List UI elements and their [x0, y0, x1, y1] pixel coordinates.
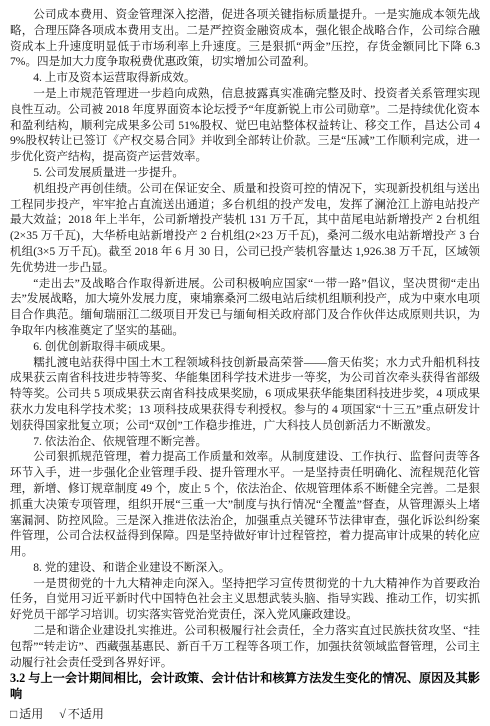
- paragraph-going-global: “走出去”及战略合作取得新进展。公司积极响应国家“一带一路”倡议，坚决贯彻“走出…: [10, 276, 480, 339]
- section-3-2: 3.2 与上一会计期间相比，会计政策、会计估计和核算方法发生变化的情况、原因及其…: [10, 670, 480, 725]
- option-applicable-label: 适用: [19, 707, 43, 721]
- item-7-heading: 7. 依法治企、依规管理不断完善。: [10, 434, 480, 450]
- option-not-applicable-label: 不适用: [68, 707, 104, 721]
- checkmark-icon: √: [59, 707, 66, 723]
- paragraph-innovation-awards: 糯扎渡电站获得中国土木工程领域科技创新最高荣誉——詹天佑奖；水力式升船机科技成果…: [10, 355, 480, 434]
- checkbox-unchecked-icon: □: [10, 707, 17, 723]
- paragraph-listing-capital: 一是上市规范管理进一步趋向成熟，信息披露真实准确完整及时、投资者关系管理实现良性…: [10, 86, 480, 165]
- paragraph-cost-funding: 公司成本费用、资金管理深入挖潜，促进各项关键指标质量提升。一是实施成本领先战略，…: [10, 7, 480, 70]
- item-8-heading: 8. 党的建设、和谐企业建设不断深入。: [10, 560, 480, 576]
- paragraph-compliance: 公司狠抓规范管理，着力提高工作质量和效率。从制度建设、工作执行、监督问责等各环节…: [10, 449, 480, 560]
- paragraph-party-building: 一是贯彻党的十九大精神走向深入。坚持把学习宣传贯彻党的十九大精神作为首要政治任务…: [10, 576, 480, 623]
- paragraph-units-production: 机组投产再创佳绩。公司在保证安全、质量和投资可控的情况下，实现新投机组与送出工程…: [10, 181, 480, 276]
- item-6-heading: 6. 创优创新取得丰硕成果。: [10, 339, 480, 355]
- item-5-heading: 5. 公司发展质量进一步提升。: [10, 165, 480, 181]
- option-applicable: □适用: [10, 707, 43, 723]
- item-4-heading: 4. 上市及资本运营取得新成效。: [10, 70, 480, 86]
- section-heading: 3.2 与上一会计期间相比，会计政策、会计估计和核算方法发生变化的情况、原因及其…: [10, 670, 480, 702]
- document-page: 公司成本费用、资金管理深入挖潜，促进各项关键指标质量提升。一是实施成本领先战略，…: [0, 0, 490, 726]
- applicability-options: □适用 √不适用: [10, 707, 480, 723]
- option-not-applicable: √不适用: [59, 707, 104, 723]
- paragraph-harmonious-enterprise: 二是和谐企业建设扎实推进。公司积极履行社会责任，全力落实直过民族扶贫攻坚、“挂包…: [10, 623, 480, 670]
